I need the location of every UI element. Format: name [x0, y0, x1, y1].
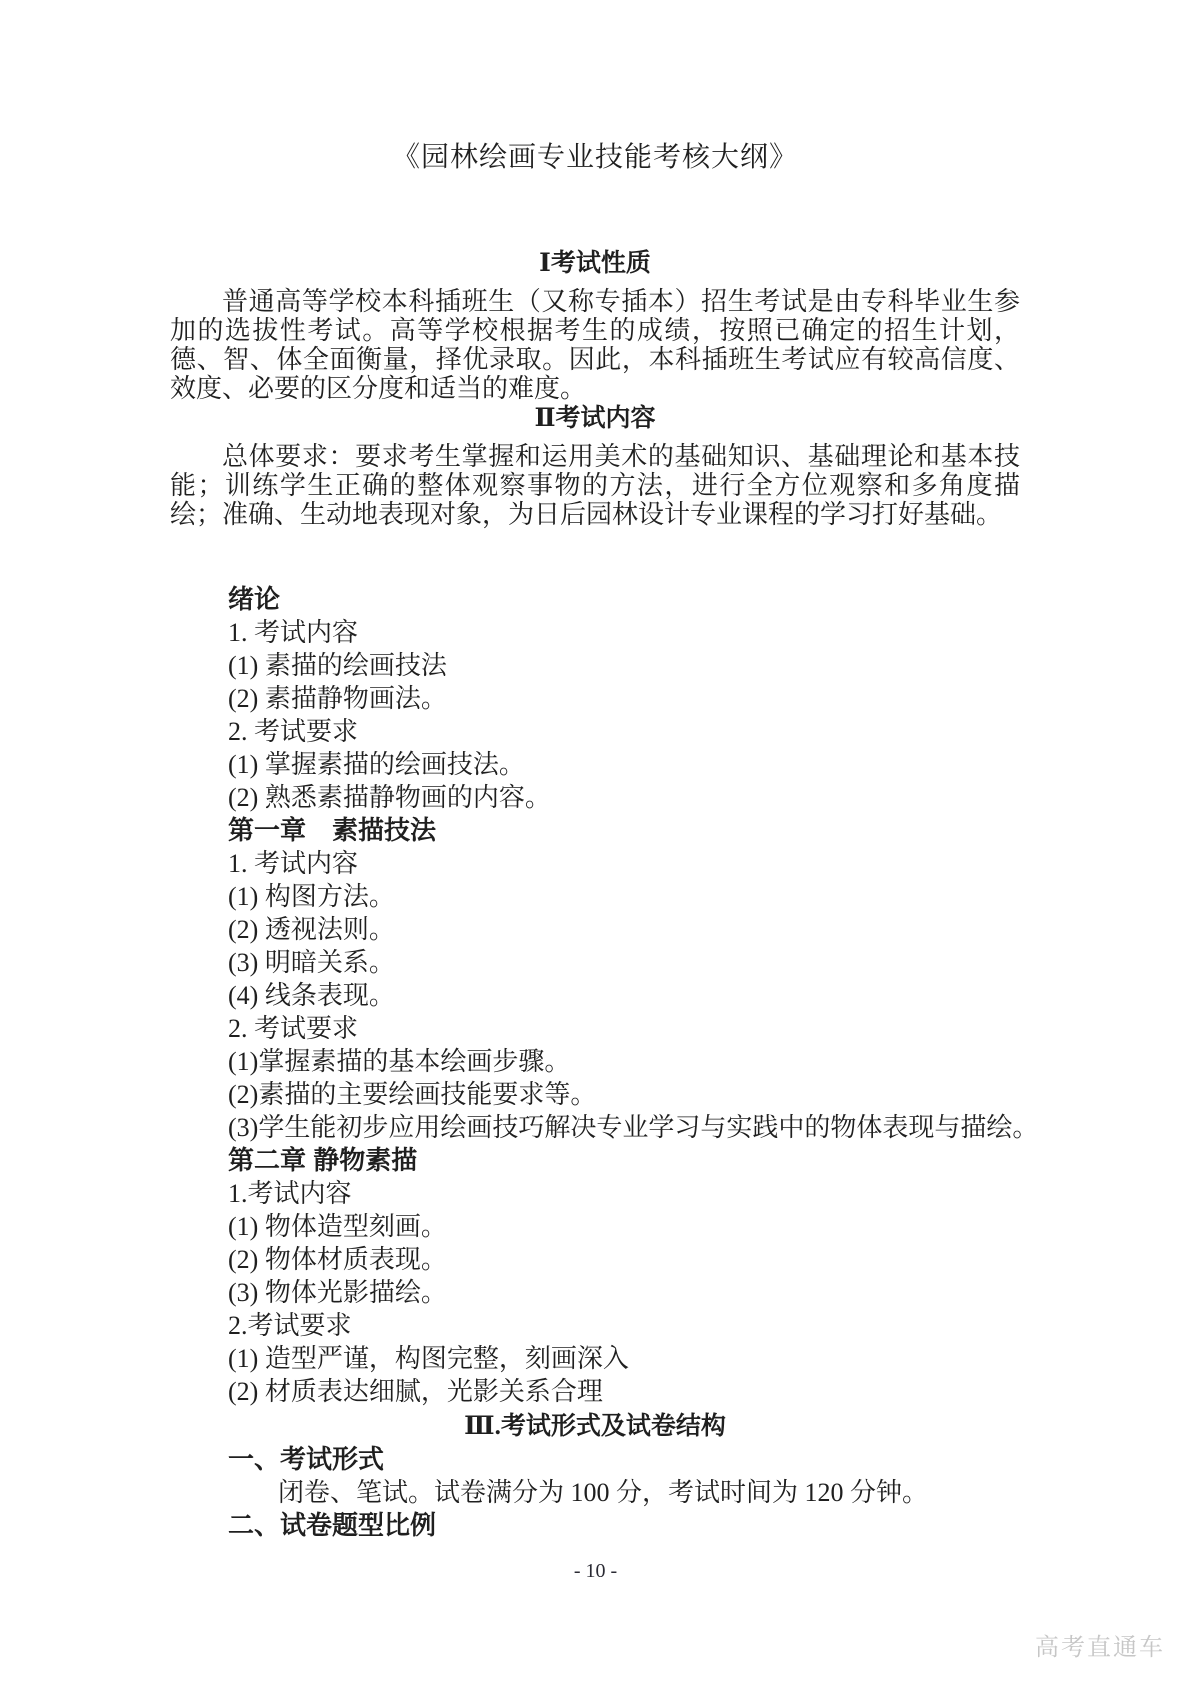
- outline-item: 1.考试内容: [228, 1177, 1020, 1210]
- outline-item: (1) 掌握素描的绘画技法。: [228, 748, 1020, 781]
- outline-item: (2)素描的主要绘画技能要求等。: [228, 1078, 1020, 1111]
- outline-item: (3) 物体光影描绘。: [228, 1276, 1020, 1309]
- outline-item: (2) 物体材质表现。: [228, 1243, 1020, 1276]
- document-content: 《园林绘画专业技能考核大纲》 Ⅰ考试性质 普通高等学校本科插班生（又称专插本）招…: [0, 0, 1191, 1542]
- outline-heading: 绪论: [228, 583, 1020, 616]
- outline-item: (1) 素描的绘画技法: [228, 649, 1020, 682]
- exam-form-heading: 一、考试形式: [228, 1443, 1020, 1476]
- section-heading-exam-nature: Ⅰ考试性质: [170, 248, 1020, 280]
- section-heading-exam-content: Ⅱ考试内容: [170, 403, 1020, 435]
- outline-item: (4) 线条表现。: [228, 979, 1020, 1012]
- outline-item: (1) 构图方法。: [228, 880, 1020, 913]
- outline-item: (3)学生能初步应用绘画技巧解决专业学习与实践中的物体表现与描绘。: [228, 1111, 1020, 1144]
- outline-item: 1. 考试内容: [228, 847, 1020, 880]
- section-heading-exam-structure: Ⅲ.考试形式及试卷结构: [170, 1410, 1020, 1443]
- outline-item: 2.考试要求: [228, 1309, 1020, 1342]
- outline-item: (2) 熟悉素描静物画的内容。: [228, 781, 1020, 814]
- outline-item: (2) 素描静物画法。: [228, 682, 1020, 715]
- outline-item: (1) 造型严谨，构图完整，刻画深入: [228, 1342, 1020, 1375]
- question-ratio-heading: 二、试卷题型比例: [228, 1509, 1020, 1542]
- outline: 绪论1. 考试内容(1) 素描的绘画技法(2) 素描静物画法。2. 考试要求(1…: [228, 583, 1020, 1408]
- outline-item: 1. 考试内容: [228, 616, 1020, 649]
- exam-form-body: 闭卷、笔试。试卷满分为 100 分，考试时间为 120 分钟。: [278, 1476, 1020, 1509]
- outline-item: 2. 考试要求: [228, 715, 1020, 748]
- outline-item: (3) 明暗关系。: [228, 946, 1020, 979]
- outline-item: (2) 透视法则。: [228, 913, 1020, 946]
- outline-item: (1) 物体造型刻画。: [228, 1210, 1020, 1243]
- page-number: - 10 -: [0, 1560, 1191, 1583]
- page-title: 《园林绘画专业技能考核大纲》: [170, 0, 1020, 176]
- outline-item: (2) 材质表达细腻，光影关系合理: [228, 1375, 1020, 1408]
- exam-form-block: 一、考试形式 闭卷、笔试。试卷满分为 100 分，考试时间为 120 分钟。 二…: [228, 1443, 1020, 1542]
- outline-heading: 第一章 素描技法: [228, 814, 1020, 847]
- outline-heading: 第二章 静物素描: [228, 1144, 1020, 1177]
- paragraph-exam-content: 总体要求：要求考生掌握和运用美术的基础知识、基础理论和基本技能；训练学生正确的整…: [170, 442, 1020, 529]
- outline-item: 2. 考试要求: [228, 1012, 1020, 1045]
- paragraph-exam-nature: 普通高等学校本科插班生（又称专插本）招生考试是由专科毕业生参加的选拔性考试。高等…: [170, 287, 1020, 403]
- watermark: 高考直通车: [1035, 1627, 1165, 1662]
- document-page: 《园林绘画专业技能考核大纲》 Ⅰ考试性质 普通高等学校本科插班生（又称专插本）招…: [0, 0, 1191, 1684]
- outline-item: (1)掌握素描的基本绘画步骤。: [228, 1045, 1020, 1078]
